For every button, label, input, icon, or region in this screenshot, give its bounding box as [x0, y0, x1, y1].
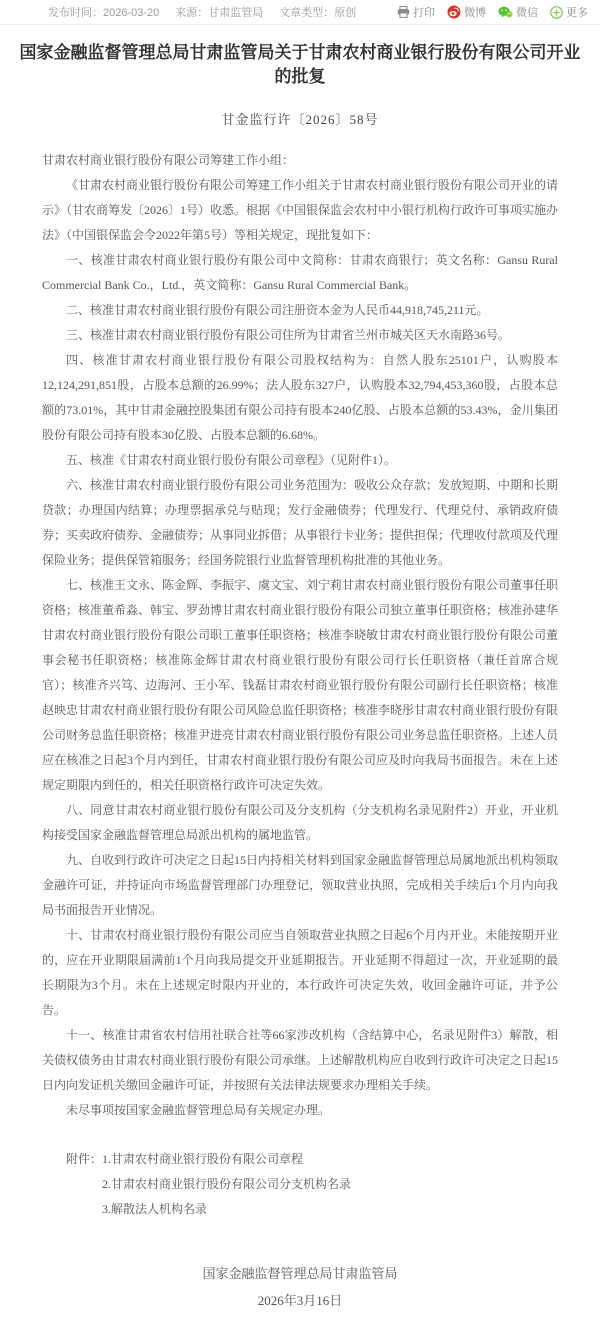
publish-time-label: 发布时间：	[48, 7, 103, 19]
issuing-authority: 国家金融监督管理总局甘肃监管局	[42, 1260, 558, 1287]
source-label: 来源：	[175, 7, 208, 19]
article-meta-info: 发布时间：2026-03-20 来源：甘肃监管局 文章类型：原创	[48, 4, 356, 20]
publish-time: 发布时间：2026-03-20	[48, 4, 159, 20]
page-title: 国家金融监督管理总局甘肃监管局关于甘肃农村商业银行股份有限公司开业的批复	[18, 41, 582, 89]
attachments-label: 附件：	[66, 1147, 102, 1172]
weibo-label: 微博	[464, 4, 486, 20]
issue-date: 2026年3月16日	[42, 1287, 558, 1314]
document-number: 甘金监行许〔2026〕58号	[0, 109, 600, 128]
document-paragraph: 《甘肃农村商业银行股份有限公司筹建工作小组关于甘肃农村商业银行股份有限公司开业的…	[42, 173, 558, 248]
document-paragraph: 九、自收到行政许可决定之日起15日内持相关材料到国家金融监督管理总局属地派出机构…	[42, 848, 558, 923]
document-paragraph: 八、同意甘肃农村商业银行股份有限公司及分支机构（分支机构名录见附件2）开业，开业…	[42, 798, 558, 848]
salutation: 甘肃农村商业银行股份有限公司筹建工作小组：	[42, 148, 558, 173]
attachment-item: 1.甘肃农村商业银行股份有限公司章程	[102, 1147, 351, 1172]
printer-icon	[397, 6, 410, 18]
article-meta-bar: 发布时间：2026-03-20 来源：甘肃监管局 文章类型：原创 打印 微博 微…	[0, 0, 600, 25]
document-paragraph: 十、甘肃农村商业银行股份有限公司应当自领取营业执照之日起6个月内开业。未能按期开…	[42, 923, 558, 1023]
source: 来源：甘肃监管局	[175, 4, 263, 20]
attachment-item: 3.解散法人机构名录	[102, 1197, 351, 1222]
more-label: 更多	[566, 4, 588, 20]
document-paragraph: 未尽事项按国家金融监督管理总局有关规定办理。	[42, 1098, 558, 1123]
document-paragraph: 六、核准甘肃农村商业银行股份有限公司业务范围为：吸收公众存款；发放短期、中期和长…	[42, 473, 558, 573]
more-icon	[550, 6, 563, 19]
share-toolbar: 打印 微博 微信 更多	[397, 4, 588, 20]
wechat-label: 微信	[516, 4, 538, 20]
document-paragraph: 二、核准甘肃农村商业银行股份有限公司注册资本金为人民币44,918,745,21…	[42, 298, 558, 323]
print-label: 打印	[413, 4, 435, 20]
document-paragraph: 三、核准甘肃农村商业银行股份有限公司住所为甘肃省兰州市城关区天水南路36号。	[42, 323, 558, 348]
share-wechat-button[interactable]: 微信	[498, 4, 538, 20]
article-page: 发布时间：2026-03-20 来源：甘肃监管局 文章类型：原创 打印 微博 微…	[0, 0, 600, 1328]
share-weibo-button[interactable]: 微博	[447, 4, 486, 20]
document-paragraph: 五、核准《甘肃农村商业银行股份有限公司章程》（见附件1）。	[42, 448, 558, 473]
attachments-block: 附件： 1.甘肃农村商业银行股份有限公司章程2.甘肃农村商业银行股份有限公司分支…	[66, 1147, 558, 1222]
source-value: 甘肃监管局	[208, 7, 263, 19]
document-body: 甘肃农村商业银行股份有限公司筹建工作小组： 《甘肃农村商业银行股份有限公司筹建工…	[0, 148, 600, 1328]
print-button[interactable]: 打印	[397, 4, 435, 20]
document-paragraph: 十一、核准甘肃省农村信用社联合社等66家涉改机构（含结算中心，名录见附件3）解散…	[42, 1023, 558, 1098]
article-type-label: 文章类型：	[279, 7, 334, 19]
article-type-value: 原创	[334, 7, 356, 19]
signature-block: 国家金融监督管理总局甘肃监管局 2026年3月16日	[42, 1260, 558, 1328]
attachment-list: 1.甘肃农村商业银行股份有限公司章程2.甘肃农村商业银行股份有限公司分支机构名录…	[102, 1147, 351, 1222]
publish-time-value: 2026-03-20	[103, 7, 159, 19]
wechat-icon	[498, 6, 513, 19]
paragraph-list: 《甘肃农村商业银行股份有限公司筹建工作小组关于甘肃农村商业银行股份有限公司开业的…	[42, 173, 558, 1123]
more-share-button[interactable]: 更多	[550, 4, 588, 20]
document-paragraph: 一、核准甘肃农村商业银行股份有限公司中文简称：甘肃农商银行；英文名称：Gansu…	[42, 248, 558, 298]
document-paragraph: 七、核准王文永、陈金辉、李振宇、虞文宝、刘宁莉甘肃农村商业银行股份有限公司董事任…	[42, 573, 558, 798]
weibo-icon	[447, 5, 461, 19]
article-type: 文章类型：原创	[279, 4, 356, 20]
document-paragraph: 四、核准甘肃农村商业银行股份有限公司股权结构为：自然人股东25101户，认购股本…	[42, 348, 558, 448]
attachment-item: 2.甘肃农村商业银行股份有限公司分支机构名录	[102, 1172, 351, 1197]
